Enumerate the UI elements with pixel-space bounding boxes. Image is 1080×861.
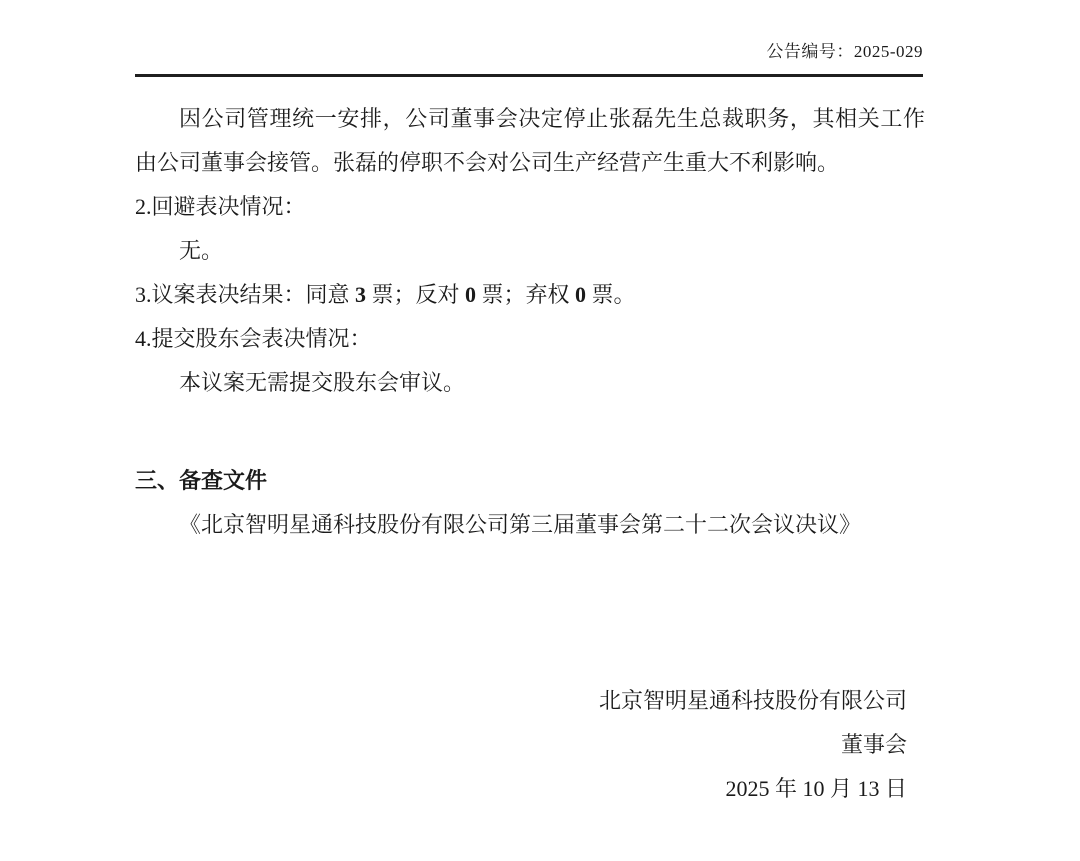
announcement-number: 公告编号：2025-029 <box>135 42 923 61</box>
against-votes-count: 0 <box>465 282 476 307</box>
document-body: 因公司管理统一安排，公司董事会决定停止张磊先生总裁职务，其相关工作由公司董事会接… <box>135 97 925 547</box>
item4-body: 本议案无需提交股东会审议。 <box>135 361 925 405</box>
agree-votes-count: 3 <box>355 282 366 307</box>
signature-block: 北京智明星通科技股份有限公司 董事会 2025 年 10 月 13 日 <box>135 679 925 811</box>
header-divider-rule <box>135 74 923 77</box>
documents-section-item: 《北京智明星通科技股份有限公司第三届董事会第二十二次会议决议》 <box>135 503 925 547</box>
resolution-paragraph: 因公司管理统一安排，公司董事会决定停止张磊先生总裁职务，其相关工作由公司董事会接… <box>135 97 925 185</box>
item3-segment-against: 票；反对 <box>366 282 465 307</box>
signature-signer: 董事会 <box>135 723 907 767</box>
abstain-votes-count: 0 <box>575 282 586 307</box>
item2-body: 无。 <box>135 229 925 273</box>
signature-company: 北京智明星通科技股份有限公司 <box>135 679 907 723</box>
item3-vote-result: 3.议案表决结果：同意 3 票；反对 0 票；弃权 0 票。 <box>135 273 925 317</box>
item3-prefix: 3.议案表决结果：同意 <box>135 282 355 307</box>
documents-section-heading: 三、备查文件 <box>135 459 925 503</box>
item3-segment-abstain: 票；弃权 <box>476 282 575 307</box>
signature-date: 2025 年 10 月 13 日 <box>135 767 907 811</box>
item2-heading: 2.回避表决情况： <box>135 185 925 229</box>
item3-suffix: 票。 <box>586 282 636 307</box>
item4-heading: 4.提交股东会表决情况： <box>135 317 925 361</box>
announcement-page: 公告编号：2025-029 因公司管理统一安排，公司董事会决定停止张磊先生总裁职… <box>0 0 1080 861</box>
